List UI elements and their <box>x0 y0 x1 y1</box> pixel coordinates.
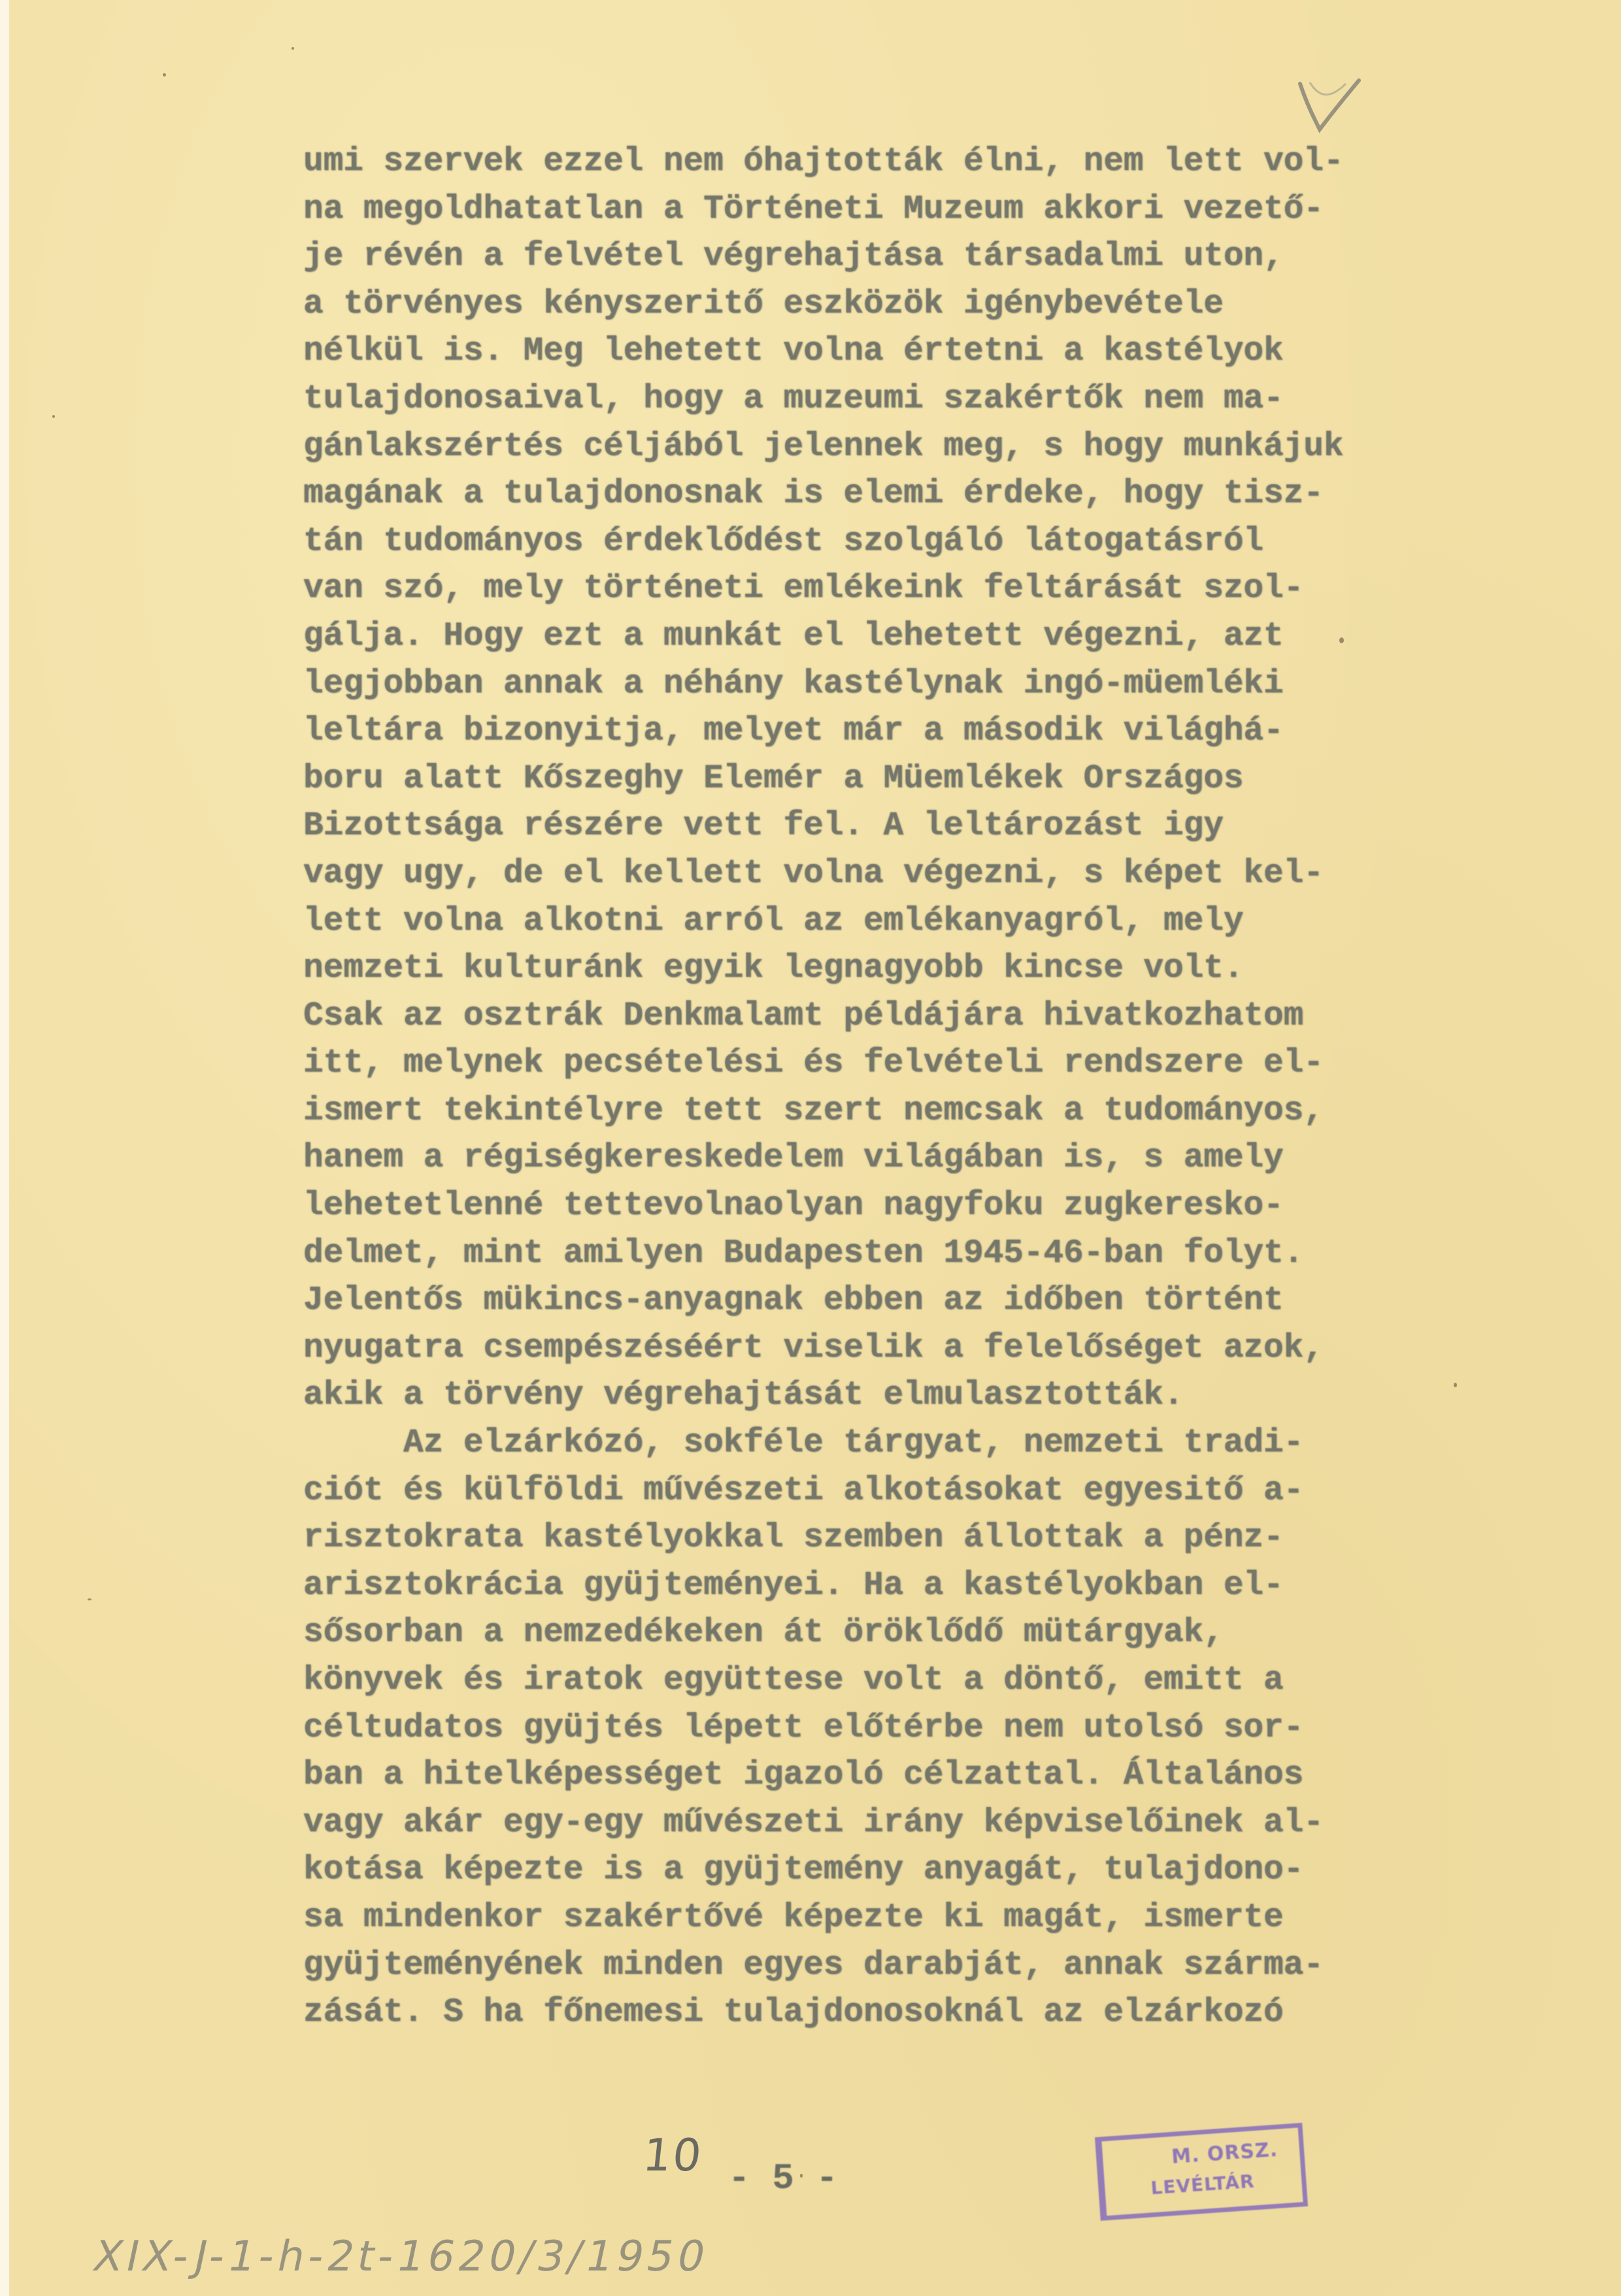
text-line: tulajdonosaival, hogy a muzeumi szakértő… <box>303 376 1428 424</box>
text-line: a törvényes kényszeritő eszközök igénybe… <box>303 281 1428 329</box>
text-line: delmet, mint amilyen Budapesten 1945-46-… <box>303 1230 1428 1278</box>
text-line: nyugatra csempészéséért viselik a felelő… <box>303 1325 1428 1373</box>
text-line: sa mindenkor szakértővé képezte ki magát… <box>303 1895 1428 1942</box>
text-line: könyvek és iratok együttese volt a döntő… <box>303 1657 1428 1705</box>
stamp-line-2: LEVÉLTÁR <box>1150 2170 1255 2199</box>
text-line: ciót és külföldi művészeti alkotásokat e… <box>303 1468 1428 1515</box>
text-line: Az elzárkózó, sokféle tárgyat, nemzeti t… <box>303 1420 1428 1468</box>
scan-edge <box>0 0 9 2296</box>
text-line: akik a törvény végrehajtását elmulasztot… <box>303 1372 1428 1420</box>
text-line: sősorban a nemzedékeken át öröklődő mütá… <box>303 1610 1428 1657</box>
text-line: gálja. Hogy ezt a munkát el lehetett vég… <box>303 613 1428 661</box>
text-line: na megoldhatatlan a Történeti Muzeum akk… <box>303 186 1428 234</box>
text-line: gánlakszértés céljából jelennek meg, s h… <box>303 424 1428 471</box>
page-number: - 5 - <box>728 2157 838 2199</box>
document-page: umi szervek ezzel nem óhajtották élni, n… <box>9 0 1621 2296</box>
text-line: ismert tekintélyre tett szert nemcsak a … <box>303 1088 1428 1136</box>
text-line: nemzeti kulturánk egyik legnagyobb kincs… <box>303 945 1428 993</box>
text-line: céltudatos gyüjtés lépett előtérbe nem u… <box>303 1705 1428 1753</box>
text-line: tán tudományos érdeklődést szolgáló láto… <box>303 518 1428 566</box>
archive-stamp: M. ORSZ. LEVÉLTÁR <box>1095 2123 1308 2221</box>
handwritten-folio-number: 10 <box>641 2130 705 2182</box>
text-line: vagy akár egy-egy művészeti irány képvis… <box>303 1800 1428 1848</box>
text-line: ban a hitelképességet igazoló célzattal.… <box>303 1752 1428 1800</box>
text-line: itt, melynek pecsételési és felvételi re… <box>303 1040 1428 1088</box>
text-line: Bizottsága részére vett fel. A leltározá… <box>303 803 1428 851</box>
text-line: magának a tulajdonosnak is elemi érdeke,… <box>303 471 1428 518</box>
text-line: Jelentős mükincs-anyagnak ebben az időbe… <box>303 1277 1428 1325</box>
text-line: legjobban annak a néhány kastélynak ingó… <box>303 661 1428 709</box>
stamp-line-1: M. ORSZ. <box>1171 2138 1278 2169</box>
text-line: vagy ugy, de el kellett volna végezni, s… <box>303 851 1428 898</box>
text-line: van szó, mely történeti emlékeink feltár… <box>303 566 1428 613</box>
text-line: nélkül is. Meg lehetett volna értetni a … <box>303 328 1428 376</box>
text-line: zását. S ha főnemesi tulajdonosoknál az … <box>303 1989 1428 2037</box>
typewritten-body: umi szervek ezzel nem óhajtották élni, n… <box>303 139 1428 2037</box>
text-line: je révén a felvétel végrehajtása társada… <box>303 233 1428 281</box>
text-line: Csak az osztrák Denkmalamt példájára hiv… <box>303 993 1428 1041</box>
text-line: lehetetlenné tettevolnaolyan nagyfoku zu… <box>303 1183 1428 1230</box>
text-line: risztokrata kastélyokkal szemben állotta… <box>303 1515 1428 1562</box>
text-line: arisztokrácia gyüjteményei. Ha a kastély… <box>303 1562 1428 1610</box>
text-line: kotása képezte is a gyüjtemény anyagát, … <box>303 1847 1428 1895</box>
archive-reference-handwritten: XIX-J-1-h-2t-1620/3/1950 <box>89 2233 713 2281</box>
text-line: gyüjteményének minden egyes darabját, an… <box>303 1942 1428 1990</box>
text-line: boru alatt Kőszeghy Elemér a Müemlékek O… <box>303 756 1428 803</box>
text-line: umi szervek ezzel nem óhajtották élni, n… <box>303 139 1428 186</box>
text-line: lett volna alkotni arról az emlékanyagró… <box>303 898 1428 946</box>
text-line: hanem a régiségkereskedelem világában is… <box>303 1135 1428 1183</box>
text-line: leltára bizonyitja, melyet már a második… <box>303 708 1428 756</box>
